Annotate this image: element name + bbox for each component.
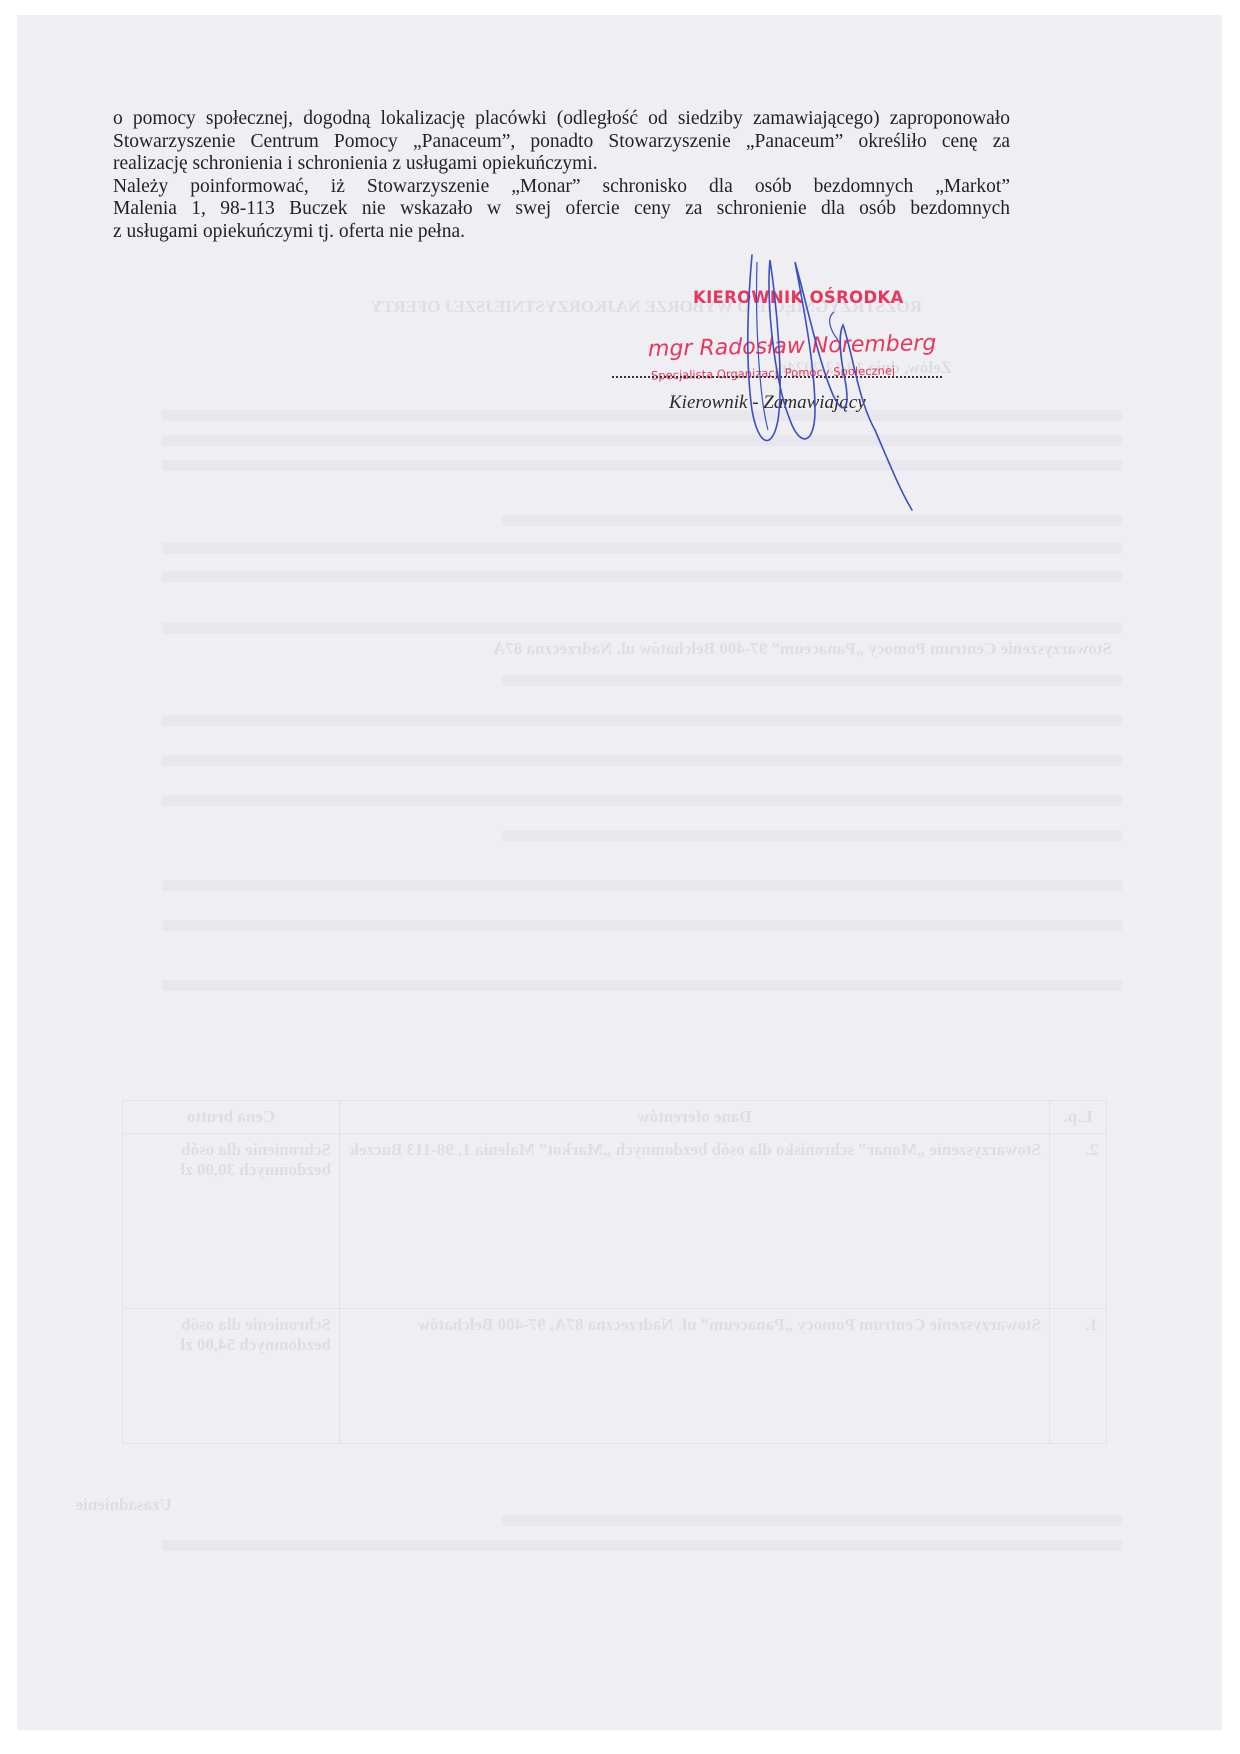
paragraph-line: Malenia 1, 98-113 Buczek nie wskazało w … — [113, 198, 1010, 221]
bleed-th: Cena brutto — [123, 1101, 340, 1134]
bleed-th: Dane oferentów — [340, 1101, 1050, 1134]
bleed-bar — [162, 1540, 1122, 1551]
bleed-line: Uzasadnienie — [76, 1495, 172, 1515]
bleed-bar — [162, 410, 1122, 421]
bleed-td: 1. — [1050, 1309, 1107, 1444]
bleed-table: L.p. Dane oferentów Cena brutto 2. Stowa… — [122, 1100, 1107, 1444]
signature-dotted-line — [612, 376, 942, 378]
bleed-through-layer: Miejsko-Gminny Ośrodek ROZSTRZYGNIĘCIE O… — [17, 15, 1222, 1730]
paragraph-line: Stowarzyszenie Centrum Pomocy „Panaceum”… — [113, 131, 1010, 154]
document-body: o pomocy społecznej, dogodną lokalizację… — [113, 108, 1010, 243]
bleed-bar — [162, 543, 1122, 554]
paragraph-line: z usługami opiekuńczymi tj. oferta nie p… — [113, 221, 1010, 244]
bleed-bar — [162, 795, 1122, 806]
bleed-bar — [162, 435, 1122, 446]
bleed-line: Stowarzyszenie Centrum Pomocy „Panaceum”… — [493, 639, 1112, 659]
bleed-bar — [162, 980, 1122, 991]
paragraph-line: realizację schronienia i schronienia z u… — [113, 153, 1010, 176]
signature-caption: Kierownik - Zamawiający — [669, 392, 866, 414]
bleed-bar — [162, 571, 1122, 582]
bleed-td: Schronienie dla osób bezdomnych 54,00 zł — [123, 1309, 340, 1444]
bleed-bar — [162, 460, 1122, 471]
paragraph-line: o pomocy społecznej, dogodną lokalizację… — [113, 108, 1010, 131]
bleed-bar — [502, 830, 1122, 841]
bleed-td: 2. — [1050, 1134, 1107, 1309]
bleed-td: Stowarzyszenie „Monar” schronisko dla os… — [340, 1134, 1050, 1309]
bleed-bar — [162, 920, 1122, 931]
bleed-bar — [502, 515, 1122, 526]
bleed-bar — [162, 715, 1122, 726]
bleed-bar — [162, 880, 1122, 891]
bleed-bar — [502, 675, 1122, 686]
bleed-th: L.p. — [1050, 1101, 1107, 1134]
bleed-td: Schronienie dla osób bezdomnych 30,00 zł — [123, 1134, 340, 1309]
stamp-title: KIEROWNIK OŚRODKA — [693, 288, 904, 307]
bleed-td: Stowarzyszenie Centrum Pomocy „Panaceum”… — [340, 1309, 1050, 1444]
bleed-bar — [502, 1515, 1122, 1526]
scanned-page: Miejsko-Gminny Ośrodek ROZSTRZYGNIĘCIE O… — [17, 15, 1222, 1730]
bleed-bar — [162, 623, 1122, 634]
bleed-bar — [162, 755, 1122, 766]
paragraph-line: Należy poinformować, iż Stowarzyszenie „… — [113, 176, 1010, 199]
